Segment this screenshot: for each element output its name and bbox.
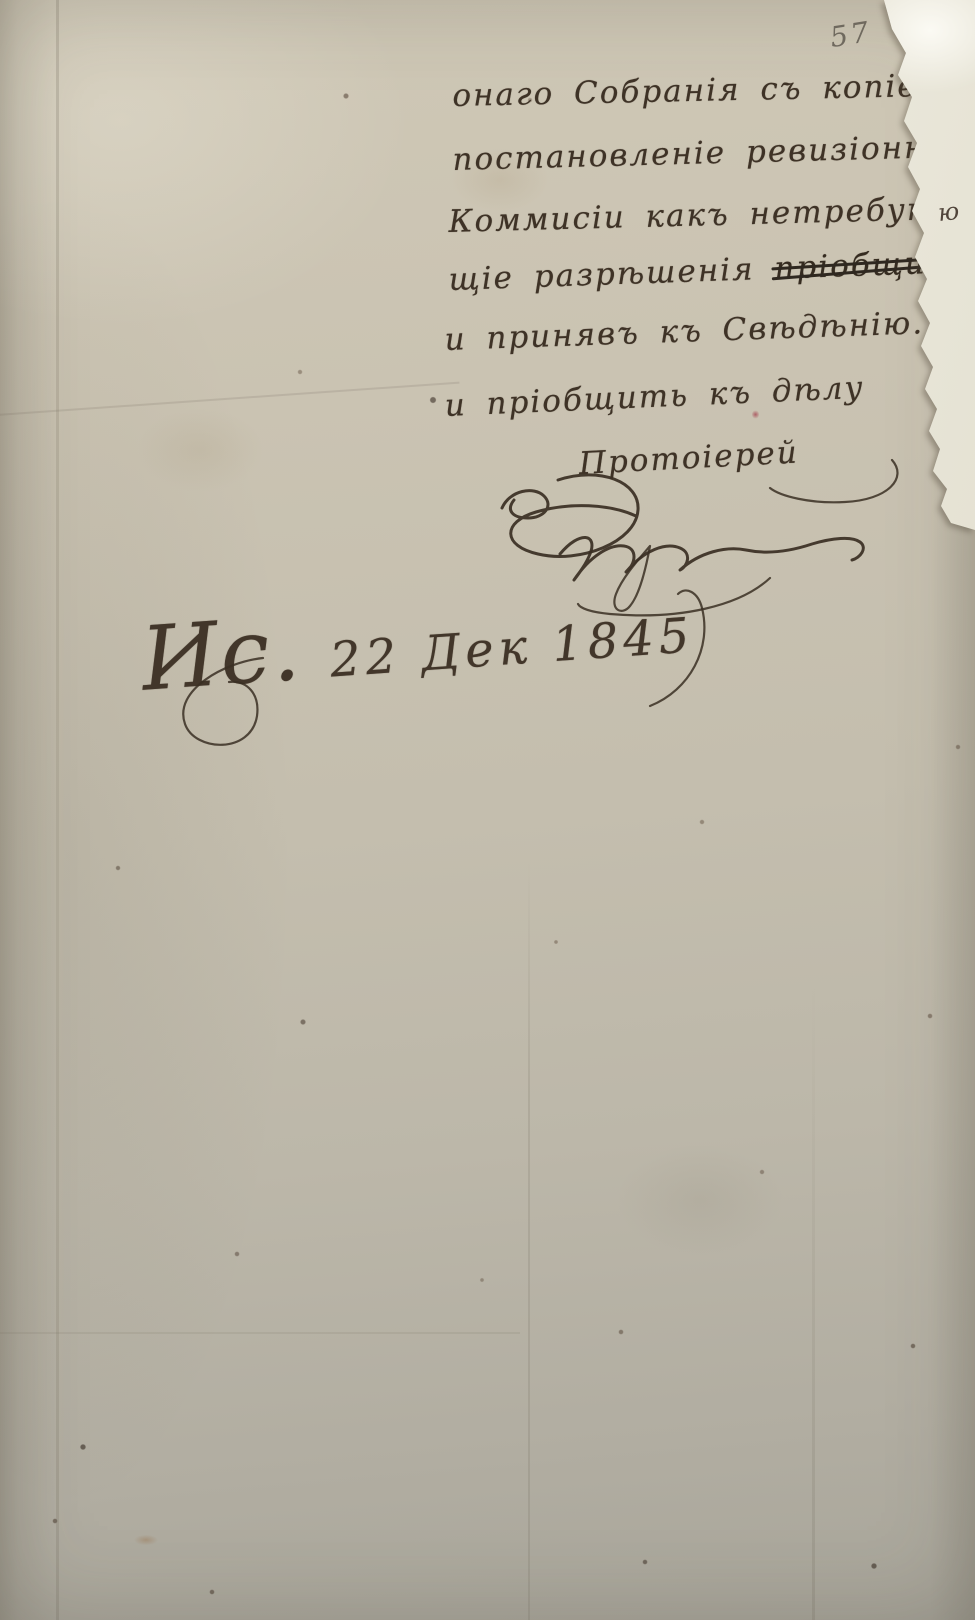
red-ink-speck (752, 410, 759, 419)
edge-text-fragment: ю (937, 197, 961, 227)
date-tail-flourish (630, 578, 730, 708)
date-descender-flourish (155, 652, 285, 767)
strikethrough-word: пріобщить (774, 244, 975, 287)
manuscript-photo: онаго Собранія съ копіею постановленіе р… (0, 0, 975, 1620)
page-number: 57 (828, 15, 874, 54)
foxing-speckles (0, 0, 975, 1620)
